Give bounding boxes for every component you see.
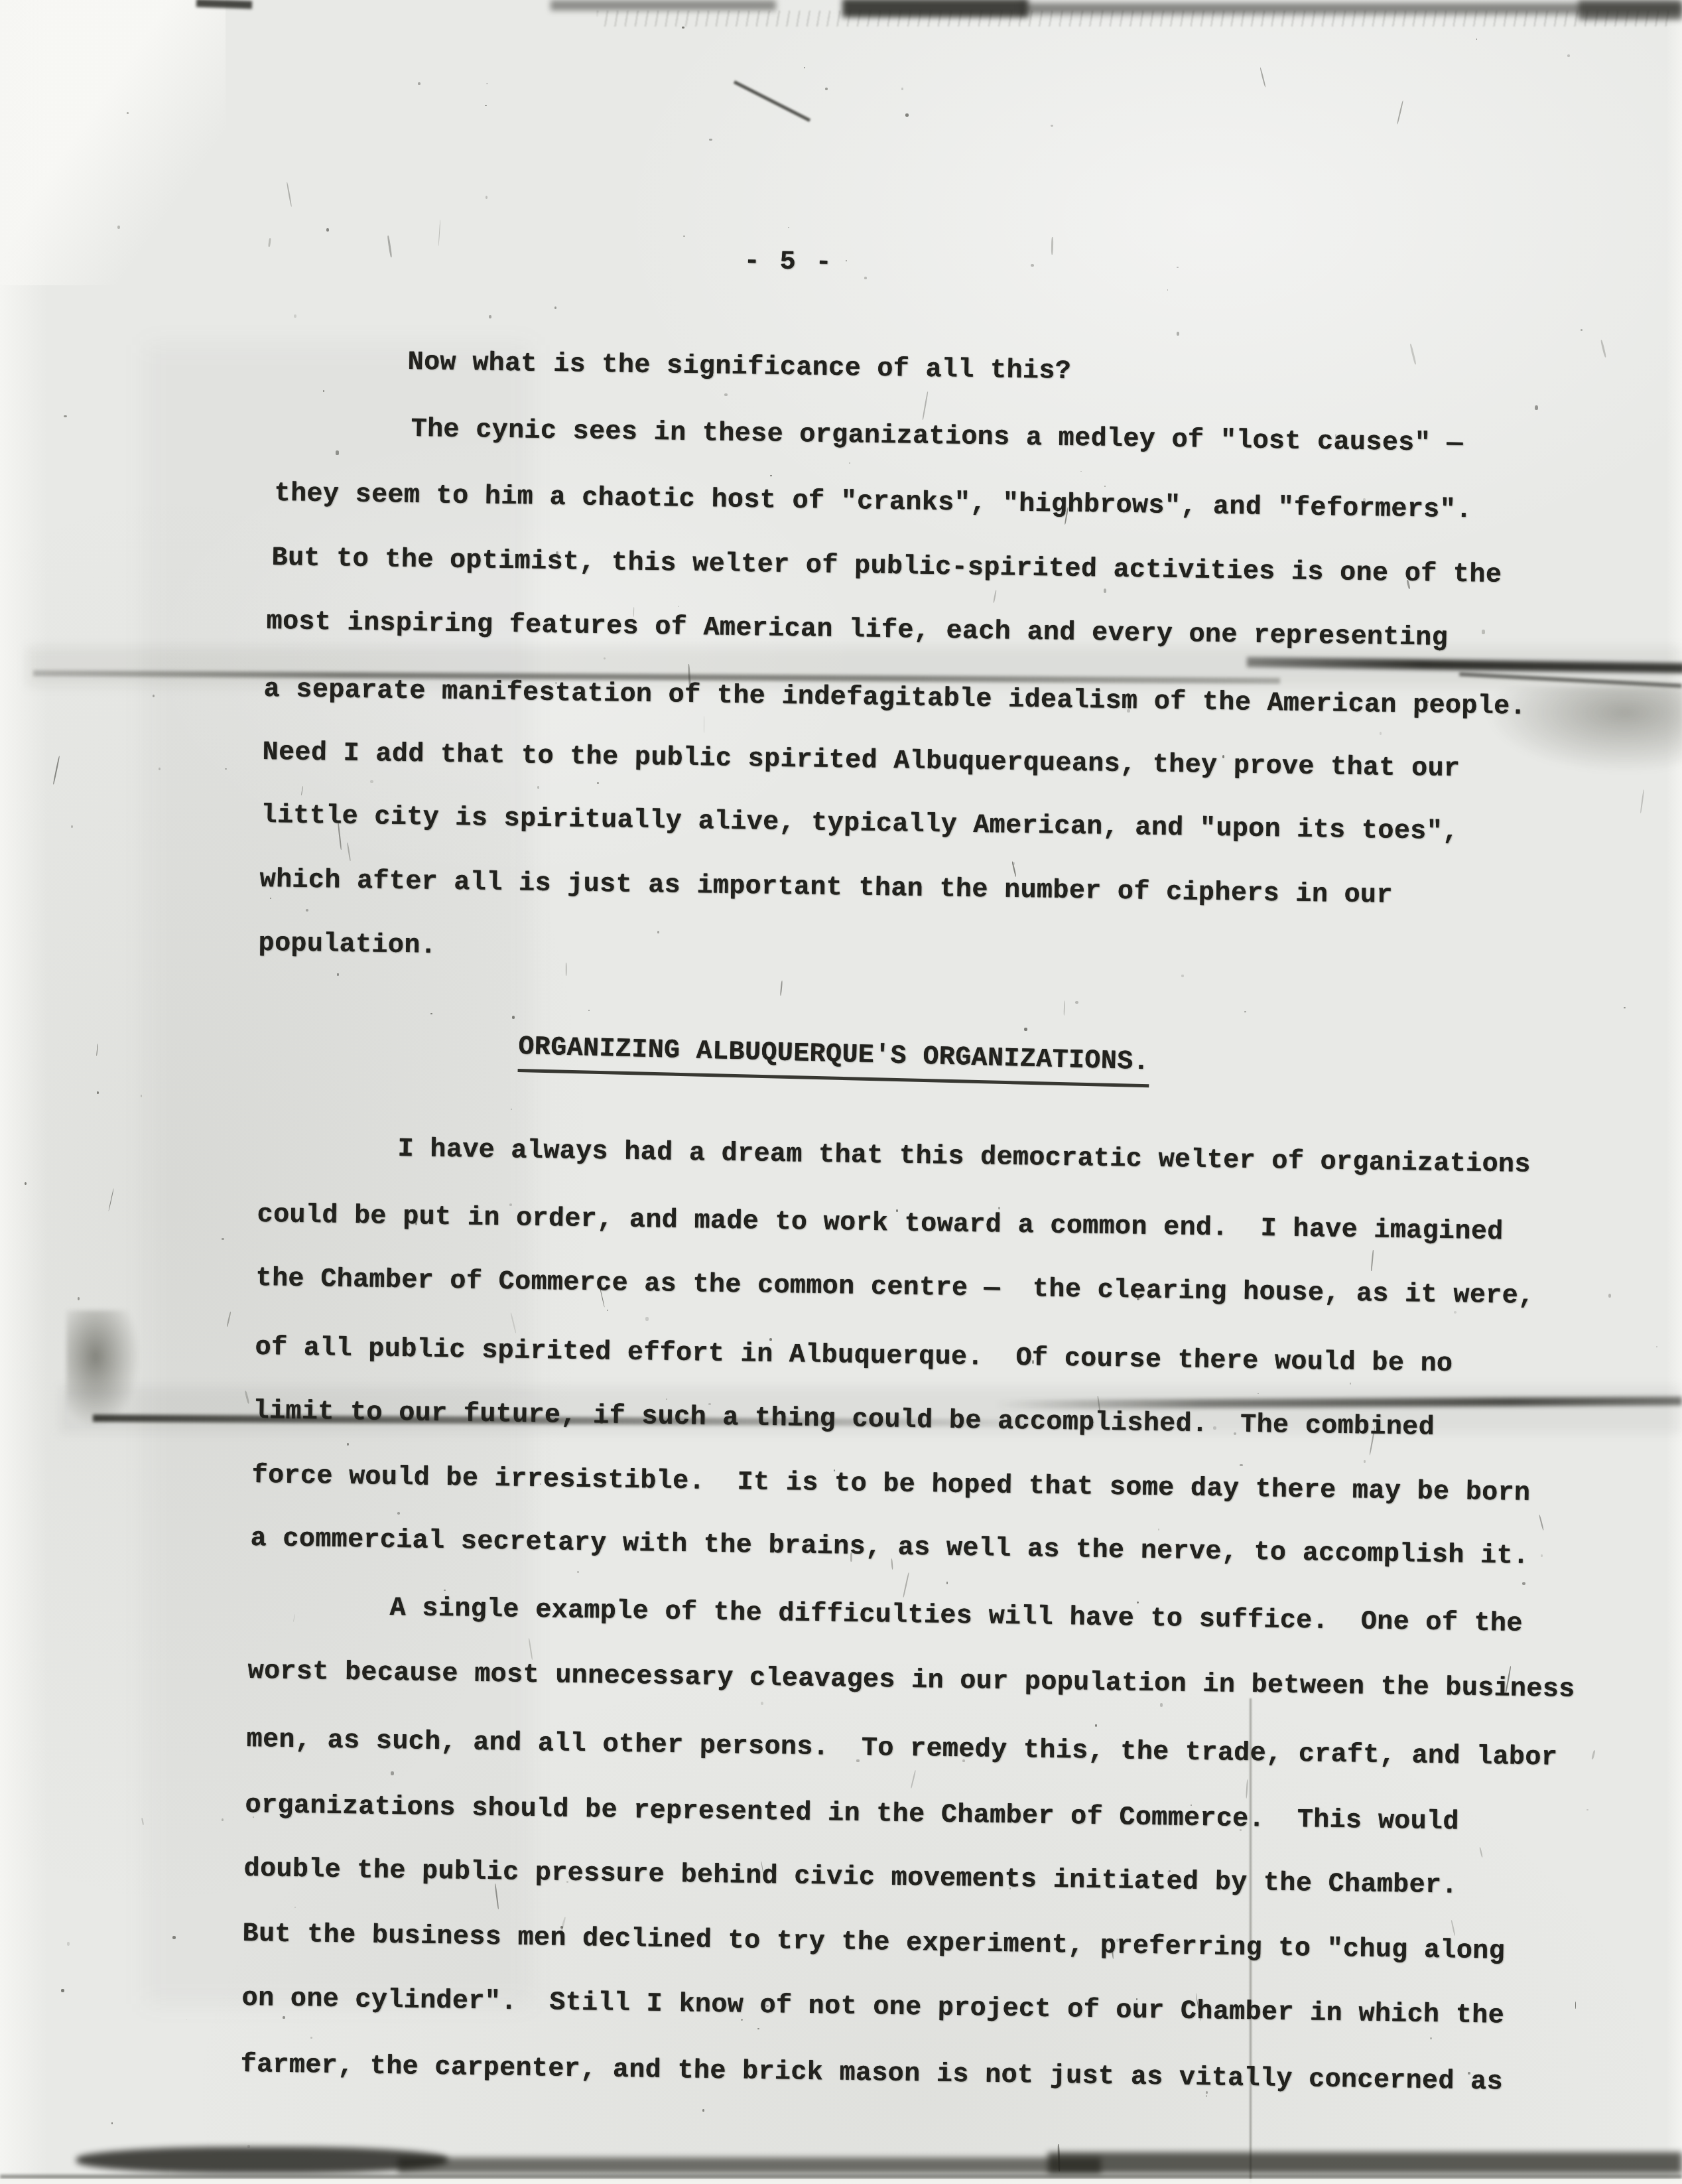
paper-speck bbox=[512, 1016, 515, 1018]
paper-fiber bbox=[1600, 340, 1606, 358]
paper-speck bbox=[485, 196, 488, 199]
paper-speck bbox=[1104, 588, 1107, 593]
typed-line: could be put in order, and made to work … bbox=[257, 1200, 1504, 1248]
paper-speck bbox=[1024, 1028, 1027, 1031]
top-edge-stain bbox=[1579, 0, 1682, 20]
paper-speck bbox=[554, 307, 556, 309]
paper-speck bbox=[577, 1571, 580, 1574]
typed-line: But the business men declined to try the… bbox=[242, 1919, 1505, 1968]
paper-speck bbox=[337, 973, 339, 975]
paper-speck bbox=[1608, 1294, 1611, 1298]
paper-speck bbox=[678, 606, 679, 607]
typed-line: the Chamber of Commerce as the common ce… bbox=[255, 1264, 1534, 1312]
paper-speck bbox=[159, 768, 161, 770]
paper-speck bbox=[153, 695, 155, 698]
paper-speck bbox=[607, 1310, 608, 1311]
paper-left-edge bbox=[0, 0, 48, 2184]
paper-speck bbox=[117, 226, 120, 229]
paper-speck bbox=[757, 2028, 759, 2029]
paper-speck bbox=[444, 1590, 445, 1591]
paper-speck bbox=[430, 1013, 432, 1014]
paper-fiber bbox=[96, 1044, 98, 1056]
paper-speck bbox=[97, 1091, 99, 1094]
paper-fiber bbox=[109, 1188, 115, 1211]
paper-speck bbox=[222, 1818, 224, 1821]
paper-speck bbox=[310, 2037, 312, 2039]
paper-speck bbox=[1364, 1460, 1366, 1462]
paper-speck bbox=[67, 1942, 70, 1946]
top-edge-stain bbox=[842, 0, 1028, 17]
paper-speck bbox=[1535, 405, 1538, 410]
paper-fiber bbox=[1260, 67, 1266, 88]
top-edge-stain bbox=[550, 0, 776, 11]
bottom-edge-smudge bbox=[398, 2157, 1101, 2173]
paper-speck bbox=[336, 450, 339, 455]
paper-speck bbox=[247, 2145, 249, 2148]
paper-fiber bbox=[1479, 1847, 1483, 1858]
paper-speck bbox=[186, 2019, 188, 2020]
paper-speck bbox=[323, 390, 324, 392]
paper-fiber bbox=[387, 236, 392, 257]
typed-line: on one cylinder". Still I know of not on… bbox=[241, 1984, 1504, 2032]
paper-speck bbox=[1051, 125, 1053, 127]
paper-speck bbox=[347, 1443, 349, 1446]
paper-speck bbox=[1075, 1001, 1078, 1004]
paper-fiber bbox=[566, 963, 566, 976]
paper-speck bbox=[294, 1907, 296, 1908]
paper-speck bbox=[485, 105, 486, 106]
paper-speck bbox=[683, 236, 685, 237]
typed-line: double the public pressure behind civic … bbox=[243, 1854, 1458, 1902]
paper-speck bbox=[222, 1238, 224, 1240]
diagonal-pen-stroke bbox=[734, 80, 810, 122]
paper-speck bbox=[901, 88, 903, 90]
paper-fiber bbox=[1371, 1250, 1374, 1271]
lower-fold-crease-right bbox=[995, 1397, 1682, 1408]
paper-fiber bbox=[1396, 100, 1403, 124]
typed-line: worst because most unnecessary cleavages… bbox=[247, 1657, 1575, 1706]
paper-speck bbox=[1656, 1346, 1657, 1347]
paper-speck bbox=[1240, 1464, 1242, 1466]
paper-fiber bbox=[286, 182, 292, 207]
lower-crease-left-smudge bbox=[66, 1310, 139, 1426]
paper-fiber bbox=[510, 1312, 517, 1333]
paper-fiber bbox=[1011, 861, 1017, 877]
paper-speck bbox=[905, 113, 909, 116]
typed-line: But to the optimist, this welter of publ… bbox=[271, 543, 1502, 591]
paper-speck bbox=[1258, 1393, 1259, 1394]
paper-speck bbox=[489, 315, 491, 318]
paper-fiber bbox=[1575, 2002, 1576, 2009]
paper-speck bbox=[1080, 471, 1082, 472]
paper-speck bbox=[397, 1512, 400, 1515]
paper-speck bbox=[1476, 38, 1478, 40]
paper-fiber bbox=[780, 981, 783, 996]
upper-fold-crease-right bbox=[1247, 657, 1682, 673]
typed-line: population. bbox=[258, 929, 436, 962]
paper-speck bbox=[391, 1771, 394, 1775]
paper-right-edge bbox=[1666, 0, 1682, 2184]
paper-fiber bbox=[245, 1391, 250, 1404]
paper-speck bbox=[1137, 1602, 1139, 1604]
paper-speck bbox=[1541, 1554, 1543, 1556]
paper-speck bbox=[1244, 1011, 1246, 1012]
paper-fiber bbox=[704, 716, 704, 733]
paper-speck bbox=[864, 277, 867, 279]
paper-fiber bbox=[1409, 344, 1416, 365]
paper-speck bbox=[511, 1109, 512, 1110]
bottom-edge-line bbox=[0, 2175, 1682, 2179]
typed-line: little city is spiritually alive, typica… bbox=[261, 801, 1458, 848]
paper-speck bbox=[588, 1010, 590, 1011]
paper-speck bbox=[418, 82, 420, 85]
paper-speck bbox=[1031, 264, 1034, 267]
page-number: - 5 - bbox=[744, 247, 834, 279]
paper-speck bbox=[537, 786, 539, 789]
paper-fiber bbox=[226, 1312, 231, 1327]
paper-speck bbox=[1350, 1383, 1351, 1385]
paper-speck bbox=[326, 228, 329, 232]
paper-speck bbox=[849, 462, 850, 464]
paper-speck bbox=[1624, 1007, 1626, 1008]
paper-speck bbox=[788, 227, 789, 228]
paper-speck bbox=[1482, 630, 1485, 634]
paper-speck bbox=[370, 780, 373, 783]
paper-speck bbox=[283, 2016, 285, 2019]
paper-fiber bbox=[1591, 1750, 1595, 1759]
paper-fiber bbox=[292, 1614, 295, 1622]
paper-speck bbox=[604, 657, 606, 659]
typed-line: a commercial secretary with the brains, … bbox=[250, 1524, 1529, 1572]
paper-speck bbox=[71, 825, 73, 828]
paper-speck bbox=[998, 1207, 1000, 1209]
paper-speck bbox=[1567, 54, 1570, 57]
paper-speck bbox=[761, 1702, 763, 1705]
paper-speck bbox=[804, 67, 805, 69]
typed-line: farmer, the carpenter, and the brick mas… bbox=[240, 2050, 1503, 2098]
paper-fiber bbox=[438, 220, 441, 246]
paper-speck bbox=[825, 88, 828, 90]
typed-line: of all public spirited effort in Albuque… bbox=[255, 1333, 1453, 1380]
paper-speck bbox=[682, 27, 684, 29]
paper-speck bbox=[61, 1989, 64, 1992]
paper-speck bbox=[1181, 975, 1184, 977]
paper-speck bbox=[770, 475, 772, 477]
paper-speck bbox=[597, 782, 599, 784]
paper-speck bbox=[141, 1095, 143, 1097]
typed-line: Now what is the significance of all this… bbox=[407, 348, 1071, 387]
paper-speck bbox=[294, 314, 297, 318]
top-left-ink-dash bbox=[196, 0, 252, 9]
paper-speck bbox=[1206, 2095, 1207, 2097]
paper-speck bbox=[111, 2122, 113, 2124]
paper-speck bbox=[666, 1399, 668, 1400]
paper-speck bbox=[225, 768, 226, 770]
typed-line: most inspiring features of American life… bbox=[266, 607, 1448, 654]
typed-line: men, as such, and all other persons. To … bbox=[246, 1725, 1557, 1774]
paper-speck bbox=[127, 112, 129, 114]
paper-speck bbox=[946, 1582, 948, 1584]
typed-line: force would be irresistible. It is to be… bbox=[251, 1461, 1530, 1509]
paper-fiber bbox=[141, 1818, 144, 1825]
section-heading: ORGANIZING ALBUQUERQUE'S ORGANIZATIONS. bbox=[518, 1032, 1150, 1087]
paper-fiber bbox=[1064, 1000, 1065, 1016]
paper-speck bbox=[657, 931, 659, 933]
paper-speck bbox=[172, 1936, 176, 1939]
typed-line: they seem to him a chaotic host of "cran… bbox=[274, 479, 1472, 526]
paper-speck bbox=[709, 139, 712, 141]
paper-speck bbox=[1158, 1529, 1160, 1531]
bottom-paper-edge bbox=[0, 2179, 1682, 2184]
bottom-edge-smudge bbox=[76, 2147, 448, 2173]
paper-fiber bbox=[1051, 237, 1053, 255]
paper-speck bbox=[1586, 1809, 1588, 1810]
typed-line: Need I add that to the public spirited A… bbox=[262, 738, 1460, 785]
paper-speck bbox=[306, 909, 308, 912]
top-edge-stain bbox=[1021, 3, 1682, 15]
paper-fiber bbox=[911, 1770, 916, 1788]
paper-speck bbox=[1430, 2037, 1432, 2039]
paper-fiber bbox=[1246, 1779, 1248, 1799]
paper-fiber bbox=[528, 1638, 533, 1660]
typed-line: I have always had a dream that this demo… bbox=[397, 1134, 1531, 1181]
paper-speck bbox=[64, 415, 67, 418]
paper-fiber bbox=[923, 391, 929, 419]
paper-fiber bbox=[1539, 1515, 1544, 1531]
typed-line: A single example of the difficulties wil… bbox=[389, 1594, 1523, 1640]
paper-fiber bbox=[903, 1573, 909, 1598]
paper-speck bbox=[1167, 289, 1169, 291]
paper-speck bbox=[702, 2109, 704, 2112]
paper-fiber bbox=[268, 238, 271, 246]
paper-speck bbox=[1522, 1582, 1525, 1585]
paper-speck bbox=[486, 83, 488, 84]
paper-speck bbox=[1177, 332, 1179, 335]
paper-speck bbox=[1095, 1724, 1098, 1727]
typed-line: limit to our future, if such a thing cou… bbox=[253, 1397, 1435, 1444]
paper-speck bbox=[1012, 862, 1015, 865]
paper-speck bbox=[1104, 486, 1106, 488]
paper-speck bbox=[645, 1317, 648, 1321]
paper-speck bbox=[25, 1182, 27, 1185]
typed-line: which after all is just as important tha… bbox=[259, 865, 1393, 912]
paper-fiber bbox=[347, 843, 351, 861]
typed-line: The cynic sees in these organizations a … bbox=[411, 415, 1463, 460]
paper-fiber bbox=[53, 756, 60, 784]
scanned-page: - 5 - ORGANIZING ALBUQUERQUE'S ORGANIZAT… bbox=[0, 0, 1682, 2184]
paper-speck bbox=[724, 393, 727, 396]
top-edge-speckle-hatch bbox=[597, 11, 1671, 27]
paper-speck bbox=[78, 1297, 80, 1300]
paper-speck bbox=[846, 260, 847, 261]
paper-fiber bbox=[993, 590, 997, 603]
paper-fiber bbox=[1640, 789, 1645, 813]
paper-fiber bbox=[1451, 1920, 1456, 1936]
paper-speck bbox=[1177, 267, 1178, 268]
paper-fiber bbox=[1057, 2144, 1060, 2171]
paper-speck bbox=[1160, 1703, 1163, 1707]
paper-speck bbox=[1380, 732, 1382, 734]
paper-speck bbox=[1581, 329, 1583, 331]
paper-fiber bbox=[301, 786, 303, 795]
typed-line: a separate manifestation of the indefagi… bbox=[263, 675, 1526, 723]
paper-speck bbox=[270, 898, 271, 899]
upper-fold-crease-right bbox=[1459, 672, 1682, 688]
bottom-edge-smudge bbox=[1048, 2152, 1682, 2173]
top-left-fold-highlight bbox=[0, 0, 226, 285]
typed-line: organizations should be represented in t… bbox=[245, 1791, 1459, 1838]
